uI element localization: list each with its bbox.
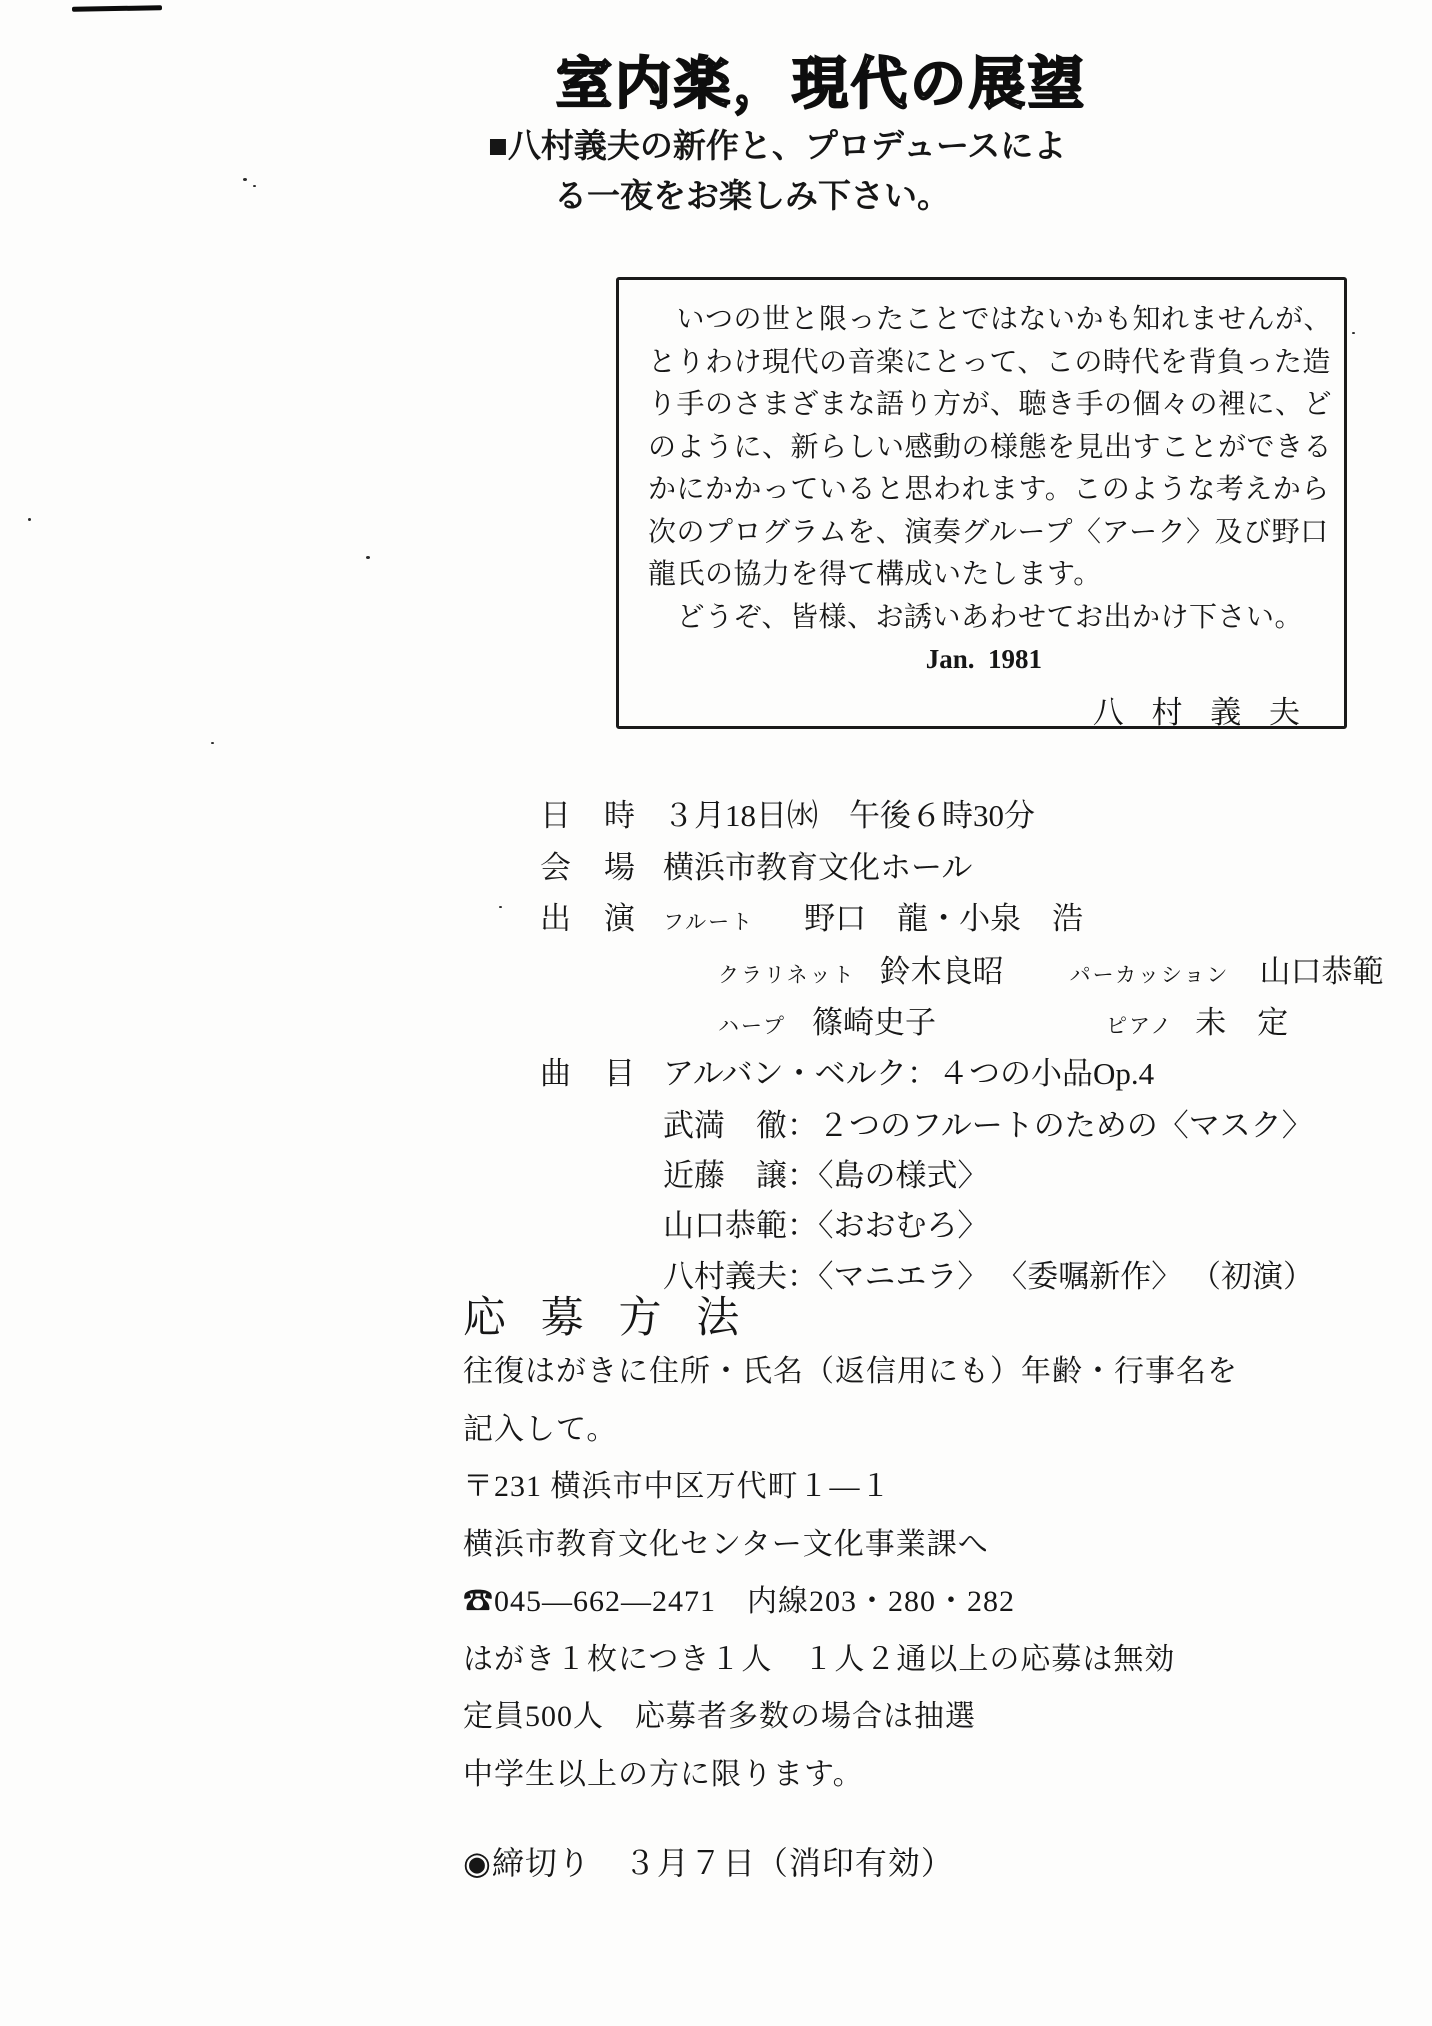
event-venue-value: 横浜市教育文化ホール [663, 842, 972, 887]
program-label: 曲 目 [540, 1048, 663, 1093]
application-heading: 応 募 方 法 [463, 1284, 751, 1345]
cast-role-label: クラリネット [718, 959, 856, 989]
scan-speck [28, 518, 31, 521]
deadline-line: ◉締切り ３月７日（消印有効） [463, 1838, 954, 1884]
cast-role-label: フルート [663, 906, 754, 936]
cast-row: クラリネット 鈴木良昭 パーカッション 山口恭範 [718, 946, 1384, 991]
application-line: はがき１枚につき１人 １人２通以上の応募は無効 [463, 1631, 1238, 1689]
scan-speck [243, 178, 247, 181]
program-row: 山口恭範：〈おおむろ〉 [663, 1200, 989, 1245]
event-venue-row: 会 場 横浜市教育文化ホール [540, 842, 972, 887]
application-line: 定員500人 応募者多数の場合は抽選 [463, 1688, 1238, 1746]
program-row: 近藤 譲：〈島の様式〉 [663, 1150, 989, 1195]
scan-speck [499, 906, 502, 908]
subtitle: ■八村義夫の新作と、プロデュースによ る一夜をお楽しみ下さい。 [488, 122, 1066, 222]
event-date-value: ３月18日㈬ 午後６時30分 [663, 790, 1035, 835]
greeting-line: り手のさまざまな語り方が、聴き手の個々の裡に、ど [648, 384, 1320, 427]
program-item: 山口恭範：〈おおむろ〉 [663, 1200, 989, 1245]
greeting-signature: 八 村 義 夫 [648, 687, 1320, 732]
flyer-page: 室内楽，現代の展望 ■八村義夫の新作と、プロデュースによ る一夜をお楽しみ下さい… [0, 0, 1432, 2026]
greeting-line: いつの世と限ったことではないかも知れませんが、 [648, 299, 1320, 342]
greeting-line: のように、新らしい感動の様態を見出すことができる [648, 427, 1320, 470]
greeting-box: いつの世と限ったことではないかも知れませんが、 とりわけ現代の音楽にとって、この… [616, 277, 1347, 729]
application-line: ☎045—662—2471 内線203・280・282 [463, 1573, 1238, 1631]
cast-name: 鈴木良昭 [880, 946, 1004, 991]
program-row: 武満 徹：２つのフルートのための〈マスク〉 [663, 1100, 1313, 1145]
scan-streak [72, 5, 162, 12]
program-row: 曲 目 アルバン・ベルク：４つの小品Op.4 [540, 1048, 1154, 1093]
application-line: 横浜市教育文化センター文化事業課へ [463, 1516, 1238, 1574]
cast-name: 未 定 [1195, 997, 1288, 1042]
scan-speck [366, 556, 370, 559]
program-item: アルバン・ベルク：４つの小品Op.4 [663, 1048, 1154, 1093]
scan-speck [1352, 332, 1355, 334]
subtitle-line1: ■八村義夫の新作と、プロデュースによ [488, 122, 1066, 172]
event-venue-label: 会 場 [540, 842, 663, 887]
event-date-label: 日 時 [540, 790, 663, 835]
scan-speck [211, 742, 214, 744]
greeting-line: 次のプログラムを、演奏グループ〈アーク〉及び野口 [648, 512, 1320, 555]
event-date-row: 日 時 ３月18日㈬ 午後６時30分 [540, 790, 1035, 835]
cast-row: ハープ 篠崎史子 ピアノ 未 定 [718, 997, 1288, 1042]
greeting-line: とりわけ現代の音楽にとって、この時代を背負った造 [648, 342, 1320, 385]
cast-role-label: パーカッション [1070, 959, 1230, 989]
application-line: 中学生以上の方に限ります。 [463, 1746, 1238, 1804]
scan-speck [253, 185, 256, 187]
application-line: 〒231 横浜市中区万代町１—１ [463, 1458, 1238, 1516]
cast-name: 篠崎史子 [812, 997, 936, 1042]
application-instructions: 往復はがきに住所・氏名（返信用にも）年齢・行事名を 記入して。 〒231 横浜市… [463, 1343, 1238, 1803]
greeting-date: Jan. 1981 [648, 644, 1320, 675]
cast-role-label: ピアノ [1106, 1010, 1173, 1040]
greeting-line: 龍氏の協力を得て構成いたします。 [648, 554, 1320, 597]
subtitle-line2: る一夜をお楽しみ下さい。 [554, 172, 1066, 222]
greeting-line: かにかかっていると思われます。このような考えから [648, 469, 1320, 512]
application-line: 記入して。 [463, 1401, 1238, 1459]
page-title: 室内楽，現代の展望 [556, 40, 1087, 120]
cast-row: 出 演 フルート 野口 龍・小泉 浩 [540, 893, 1083, 938]
greeting-line: どうぞ、皆様、お誘いあわせてお出かけ下さい。 [648, 597, 1320, 640]
cast-name: 山口恭範 [1260, 946, 1384, 991]
program-row: 八村義夫：〈マニエラ〉 〈委嘱新作〉 （初演） [663, 1251, 1314, 1296]
application-line: 往復はがきに住所・氏名（返信用にも）年齢・行事名を [463, 1343, 1238, 1401]
cast-label: 出 演 [540, 893, 663, 938]
program-item: 近藤 譲：〈島の様式〉 [663, 1150, 989, 1195]
cast-name: 野口 龍・小泉 浩 [804, 893, 1083, 938]
cast-role-label: ハープ [718, 1010, 786, 1040]
program-item: 八村義夫：〈マニエラ〉 〈委嘱新作〉 （初演） [663, 1251, 1314, 1296]
program-item: 武満 徹：２つのフルートのための〈マスク〉 [663, 1100, 1313, 1145]
